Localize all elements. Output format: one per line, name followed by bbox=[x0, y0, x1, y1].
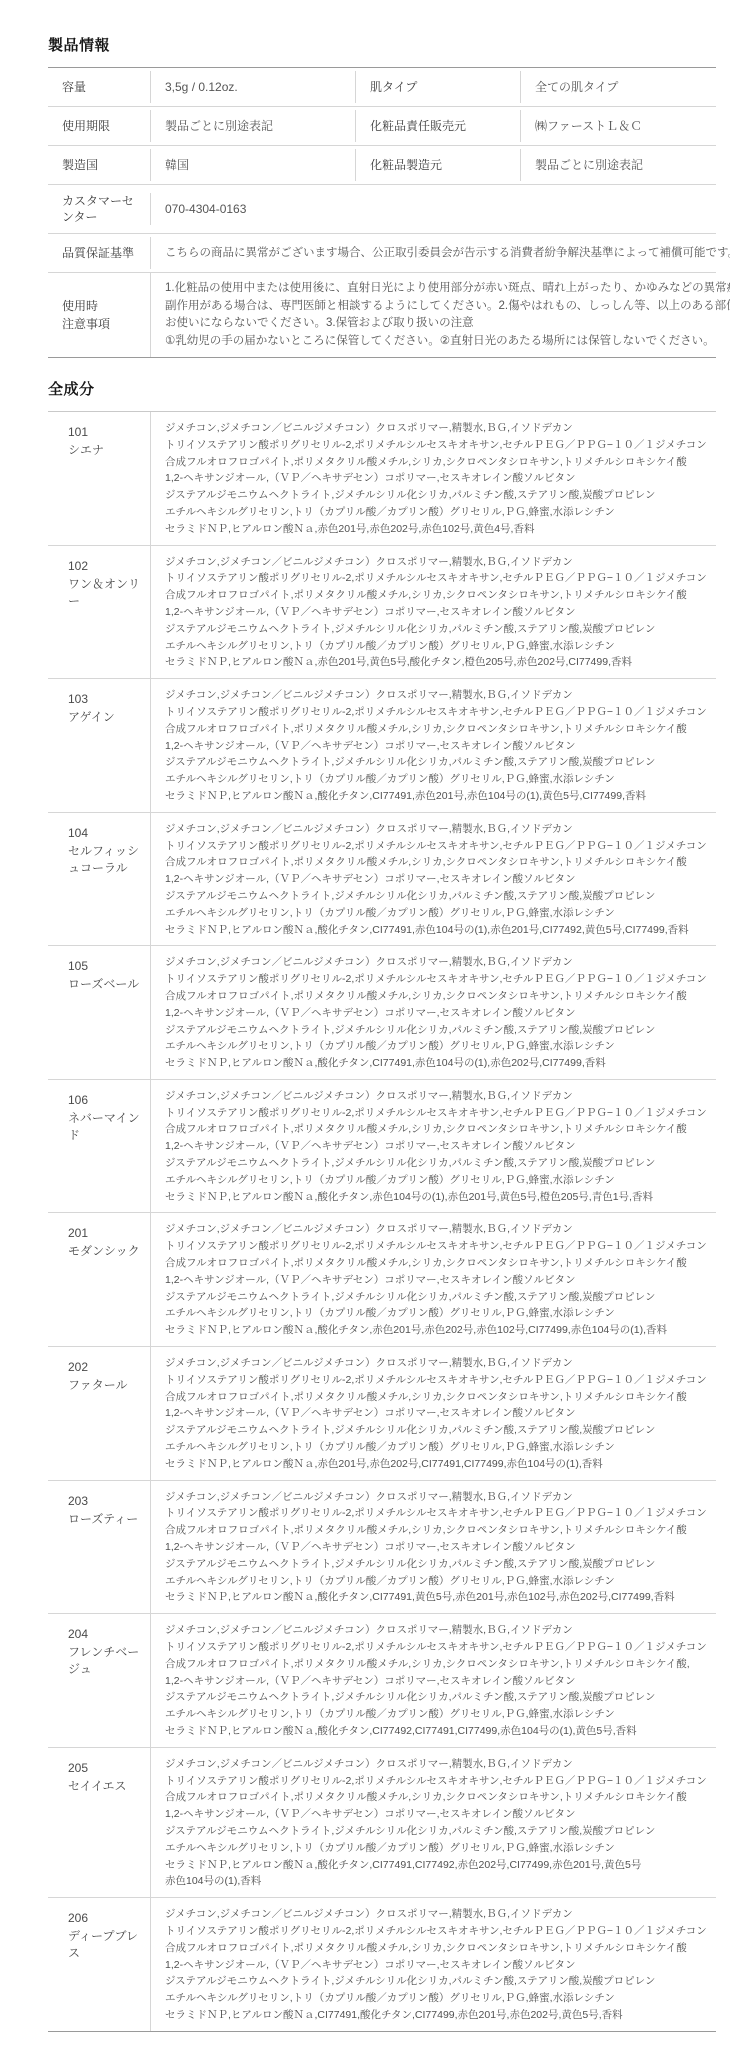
notes-label-line: 使用時 bbox=[62, 297, 140, 315]
info-row-quality: 品質保証基準 こちらの商品に異常がございます場合、公正取引委員会が告示する消費者… bbox=[48, 234, 716, 273]
ingredient-line: ジステアルジモニウムヘクトライト,ジメチルシリル化シリカ,パルミチン酸,ステアリ… bbox=[165, 888, 712, 905]
ingredient-line: セラミドＮＰ,ヒアルロン酸Ｎａ,赤色201号,赤色202号,赤色102号,黄色4… bbox=[165, 521, 712, 538]
ingredient-line: 赤色104号の(1),香料 bbox=[165, 1873, 712, 1890]
ingredient-shade-code: 206 bbox=[68, 1910, 142, 1927]
ingredient-line: トリイソステアリン酸ポリグリセリル-2,ポリメチルシルセスキオキサン,セチルＰＥ… bbox=[165, 437, 712, 454]
ingredient-shade-label: 104セルフィッシュコーラル bbox=[48, 813, 150, 946]
ingredient-line: ジステアルジモニウムヘクトライト,ジメチルシリル化シリカ,パルミチン酸,ステアリ… bbox=[165, 1422, 712, 1439]
ingredient-line: 合成フルオロフロゴパイト,ポリメタクリル酸メチル,シリカ,シクロペンタシロキサン… bbox=[165, 988, 712, 1005]
ingredient-line: ジステアルジモニウムヘクトライト,ジメチルシリル化シリカ,パルミチン酸,ステアリ… bbox=[165, 1289, 712, 1306]
ingredient-row: 102ワン＆オンリージメチコン,ジメチコン／ビニルジメチコン）クロスポリマー,精… bbox=[48, 546, 716, 680]
ingredient-line: ジステアルジモニウムヘクトライト,ジメチルシリル化シリカ,パルミチン酸,ステアリ… bbox=[165, 621, 712, 638]
info-label: 使用期限 bbox=[48, 110, 150, 142]
ingredient-shade-label: 204フレンチベージュ bbox=[48, 1614, 150, 1747]
ingredient-line: エチルヘキシルグリセリン,トリ（カプリル酸／カプリン酸）グリセリル,ＰＧ,蜂蜜,… bbox=[165, 1990, 712, 2007]
ingredient-line: 合成フルオロフロゴパイト,ポリメタクリル酸メチル,シリカ,シクロペンタシロキサン… bbox=[165, 1522, 712, 1539]
ingredient-shade-name: ファタール bbox=[68, 1377, 142, 1394]
ingredient-line: ジメチコン,ジメチコン／ビニルジメチコン）クロスポリマー,精製水,ＢＧ,イソドデ… bbox=[165, 1489, 712, 1506]
ingredient-line: エチルヘキシルグリセリン,トリ（カプリル酸／カプリン酸）グリセリル,ＰＧ,蜂蜜,… bbox=[165, 1706, 712, 1723]
ingredient-shade-code: 105 bbox=[68, 958, 142, 975]
quality-text: こちらの商品に異常がございます場合、公正取引委員会が告示する消費者紛争解決基準に… bbox=[150, 237, 730, 269]
info-value: 3,5g / 0.12oz. bbox=[150, 71, 355, 103]
ingredient-line: 1,2-ヘキサンジオール,（ＶＰ／ヘキサデセン）コポリマー,セスキオレイン酸ソル… bbox=[165, 1138, 712, 1155]
note-line: 1.化粧品の使用中または使用後に、直射日光により使用部分が赤い斑点、晴れ上がった… bbox=[165, 280, 730, 298]
ingredient-row: 205セイイエスジメチコン,ジメチコン／ビニルジメチコン）クロスポリマー,精製水… bbox=[48, 1748, 716, 1898]
note-line: ①乳幼児の手の届かないところに保管してください。②直射日光のあたる場所には保管し… bbox=[165, 333, 730, 351]
ingredient-line: エチルヘキシルグリセリン,トリ（カプリル酸／カプリン酸）グリセリル,ＰＧ,蜂蜜,… bbox=[165, 1439, 712, 1456]
ingredient-line: ジステアルジモニウムヘクトライト,ジメチルシリル化シリカ,パルミチン酸,ステアリ… bbox=[165, 1823, 712, 1840]
ingredient-line: 1,2-ヘキサンジオール,（ＶＰ／ヘキサデセン）コポリマー,セスキオレイン酸ソル… bbox=[165, 1539, 712, 1556]
ingredient-shade-name: アゲイン bbox=[68, 709, 142, 726]
ingredient-line: ジメチコン,ジメチコン／ビニルジメチコン）クロスポリマー,精製水,ＢＧ,イソドデ… bbox=[165, 1622, 712, 1639]
info-label: 肌タイプ bbox=[355, 71, 520, 103]
ingredient-line: 1,2-ヘキサンジオール,（ＶＰ／ヘキサデセン）コポリマー,セスキオレイン酸ソル… bbox=[165, 1673, 712, 1690]
ingredient-line: エチルヘキシルグリセリン,トリ（カプリル酸／カプリン酸）グリセリル,ＰＧ,蜂蜜,… bbox=[165, 1038, 712, 1055]
usage-notes-text: 1.化粧品の使用中または使用後に、直射日光により使用部分が赤い斑点、晴れ上がった… bbox=[150, 273, 730, 357]
ingredients-heading: 全成分 bbox=[48, 378, 716, 399]
info-row-usage-notes: 使用時 注意事項 1.化粧品の使用中または使用後に、直射日光により使用部分が赤い… bbox=[48, 273, 716, 357]
ingredient-line: セラミドＮＰ,ヒアルロン酸Ｎａ,CI77491,酸化チタン,CI77499,赤色… bbox=[165, 2007, 712, 2024]
ingredient-line: 合成フルオロフロゴパイト,ポリメタクリル酸メチル,シリカ,シクロペンタシロキサン… bbox=[165, 587, 712, 604]
ingredient-shade-label: 203ローズティー bbox=[48, 1481, 150, 1614]
product-detail-section: 製品情報 容量 3,5g / 0.12oz. 肌タイプ 全ての肌タイプ 使用期限… bbox=[0, 0, 730, 2056]
ingredient-shade-name: ネバーマインド bbox=[68, 1110, 142, 1144]
ingredient-line: ジメチコン,ジメチコン／ビニルジメチコン）クロスポリマー,精製水,ＢＧ,イソドデ… bbox=[165, 1221, 712, 1238]
ingredient-line: セラミドＮＰ,ヒアルロン酸Ｎａ,酸化チタン,CI77491,赤色104号の(1)… bbox=[165, 1055, 712, 1072]
ingredient-line: トリイソステアリン酸ポリグリセリル-2,ポリメチルシルセスキオキサン,セチルＰＥ… bbox=[165, 1372, 712, 1389]
info-label: 化粧品責任販売元 bbox=[355, 110, 520, 142]
ingredient-row: 105ローズベールジメチコン,ジメチコン／ビニルジメチコン）クロスポリマー,精製… bbox=[48, 946, 716, 1080]
ingredient-line: 合成フルオロフロゴパイト,ポリメタクリル酸メチル,シリカ,シクロペンタシロキサン… bbox=[165, 1656, 712, 1673]
ingredient-shade-label: 101シエナ bbox=[48, 412, 150, 545]
ingredient-line: トリイソステアリン酸ポリグリセリル-2,ポリメチルシルセスキオキサン,セチルＰＥ… bbox=[165, 1238, 712, 1255]
ingredient-row: 206ディープブレスジメチコン,ジメチコン／ビニルジメチコン）クロスポリマー,精… bbox=[48, 1898, 716, 2031]
ingredient-row: 103アゲインジメチコン,ジメチコン／ビニルジメチコン）クロスポリマー,精製水,… bbox=[48, 679, 716, 813]
ingredient-line: セラミドＮＰ,ヒアルロン酸Ｎａ,酸化チタン,CI77491,赤色104号の(1)… bbox=[165, 922, 712, 939]
ingredient-line: セラミドＮＰ,ヒアルロン酸Ｎａ,酸化チタン,CI77491,CI77492,赤色… bbox=[165, 1857, 712, 1874]
ingredient-line: トリイソステアリン酸ポリグリセリル-2,ポリメチルシルセスキオキサン,セチルＰＥ… bbox=[165, 1639, 712, 1656]
ingredient-shade-code: 201 bbox=[68, 1225, 142, 1242]
info-row-expiry: 使用期限 製品ごとに別途表記 化粧品責任販売元 ㈱ファーストＬ＆Ｃ bbox=[48, 107, 716, 146]
ingredient-line: エチルヘキシルグリセリン,トリ（カプリル酸／カプリン酸）グリセリル,ＰＧ,蜂蜜,… bbox=[165, 1305, 712, 1322]
ingredient-shade-code: 104 bbox=[68, 825, 142, 842]
ingredient-line: トリイソステアリン酸ポリグリセリル-2,ポリメチルシルセスキオキサン,セチルＰＥ… bbox=[165, 1505, 712, 1522]
note-line: 副作用がある場合は、専門医師と相談するようにしてください。2.傷やはれもの、しっ… bbox=[165, 298, 730, 316]
ingredients-table: 101シエナジメチコン,ジメチコン／ビニルジメチコン）クロスポリマー,精製水,Ｂ… bbox=[48, 411, 716, 2032]
ingredient-line: 1,2-ヘキサンジオール,（ＶＰ／ヘキサデセン）コポリマー,セスキオレイン酸ソル… bbox=[165, 871, 712, 888]
ingredient-list: ジメチコン,ジメチコン／ビニルジメチコン）クロスポリマー,精製水,ＢＧ,イソドデ… bbox=[150, 813, 716, 946]
product-info-table: 容量 3,5g / 0.12oz. 肌タイプ 全ての肌タイプ 使用期限 製品ごと… bbox=[48, 67, 716, 358]
info-value: 製品ごとに別途表記 bbox=[150, 110, 355, 142]
ingredient-shade-name: セルフィッシュコーラル bbox=[68, 843, 142, 877]
ingredient-line: トリイソステアリン酸ポリグリセリル-2,ポリメチルシルセスキオキサン,セチルＰＥ… bbox=[165, 971, 712, 988]
ingredient-shade-name: ローズティー bbox=[68, 1511, 142, 1528]
ingredient-shade-label: 105ローズベール bbox=[48, 946, 150, 1079]
ingredient-shade-code: 203 bbox=[68, 1493, 142, 1510]
ingredient-line: トリイソステアリン酸ポリグリセリル-2,ポリメチルシルセスキオキサン,セチルＰＥ… bbox=[165, 1105, 712, 1122]
info-label: カスタマーセンター bbox=[48, 185, 150, 233]
ingredient-line: ジステアルジモニウムヘクトライト,ジメチルシリル化シリカ,パルミチン酸,ステアリ… bbox=[165, 1556, 712, 1573]
ingredient-shade-name: ワン＆オンリー bbox=[68, 576, 142, 610]
ingredient-line: ジメチコン,ジメチコン／ビニルジメチコン）クロスポリマー,精製水,ＢＧ,イソドデ… bbox=[165, 420, 712, 437]
ingredient-line: 合成フルオロフロゴパイト,ポリメタクリル酸メチル,シリカ,シクロペンタシロキサン… bbox=[165, 1789, 712, 1806]
ingredient-line: ジメチコン,ジメチコン／ビニルジメチコン）クロスポリマー,精製水,ＢＧ,イソドデ… bbox=[165, 554, 712, 571]
ingredient-shade-label: 106ネバーマインド bbox=[48, 1080, 150, 1213]
ingredient-line: ジステアルジモニウムヘクトライト,ジメチルシリル化シリカ,パルミチン酸,ステアリ… bbox=[165, 1155, 712, 1172]
info-row-capacity: 容量 3,5g / 0.12oz. 肌タイプ 全ての肌タイプ bbox=[48, 68, 716, 107]
ingredient-line: 1,2-ヘキサンジオール,（ＶＰ／ヘキサデセン）コポリマー,セスキオレイン酸ソル… bbox=[165, 604, 712, 621]
ingredient-line: エチルヘキシルグリセリン,トリ（カプリル酸／カプリン酸）グリセリル,ＰＧ,蜂蜜,… bbox=[165, 1840, 712, 1857]
ingredient-list: ジメチコン,ジメチコン／ビニルジメチコン）クロスポリマー,精製水,ＢＧ,イソドデ… bbox=[150, 1213, 716, 1346]
note-line: お使いにならないでください。3.保管および取り扱いの注意 bbox=[165, 315, 730, 333]
ingredient-shade-name: シエナ bbox=[68, 442, 142, 459]
ingredient-line: ジメチコン,ジメチコン／ビニルジメチコン）クロスポリマー,精製水,ＢＧ,イソドデ… bbox=[165, 1906, 712, 1923]
ingredient-shade-label: 206ディープブレス bbox=[48, 1898, 150, 2031]
ingredient-row: 104セルフィッシュコーラルジメチコン,ジメチコン／ビニルジメチコン）クロスポリ… bbox=[48, 813, 716, 947]
ingredient-line: セラミドＮＰ,ヒアルロン酸Ｎａ,酸化チタン,CI77491,赤色201号,赤色1… bbox=[165, 788, 712, 805]
ingredient-list: ジメチコン,ジメチコン／ビニルジメチコン）クロスポリマー,精製水,ＢＧ,イソドデ… bbox=[150, 1898, 716, 2031]
info-value: 製品ごとに別途表記 bbox=[520, 149, 716, 181]
info-value: 全ての肌タイプ bbox=[520, 71, 716, 103]
ingredient-line: 1,2-ヘキサンジオール,（ＶＰ／ヘキサデセン）コポリマー,セスキオレイン酸ソル… bbox=[165, 738, 712, 755]
ingredient-line: 合成フルオロフロゴパイト,ポリメタクリル酸メチル,シリカ,シクロペンタシロキサン… bbox=[165, 721, 712, 738]
ingredient-row: 202ファタールジメチコン,ジメチコン／ビニルジメチコン）クロスポリマー,精製水… bbox=[48, 1347, 716, 1481]
ingredient-line: トリイソステアリン酸ポリグリセリル-2,ポリメチルシルセスキオキサン,セチルＰＥ… bbox=[165, 1923, 712, 1940]
ingredient-row: 204フレンチベージュジメチコン,ジメチコン／ビニルジメチコン）クロスポリマー,… bbox=[48, 1614, 716, 1748]
ingredient-line: エチルヘキシルグリセリン,トリ（カプリル酸／カプリン酸）グリセリル,ＰＧ,蜂蜜,… bbox=[165, 771, 712, 788]
ingredient-row: 203ローズティージメチコン,ジメチコン／ビニルジメチコン）クロスポリマー,精製… bbox=[48, 1481, 716, 1615]
ingredient-shade-name: モダンシック bbox=[68, 1243, 142, 1260]
ingredient-list: ジメチコン,ジメチコン／ビニルジメチコン）クロスポリマー,精製水,ＢＧ,イソドデ… bbox=[150, 1748, 716, 1897]
ingredient-line: 1,2-ヘキサンジオール,（ＶＰ／ヘキサデセン）コポリマー,セスキオレイン酸ソル… bbox=[165, 1405, 712, 1422]
info-row-country: 製造国 韓国 化粧品製造元 製品ごとに別途表記 bbox=[48, 146, 716, 185]
ingredient-line: 1,2-ヘキサンジオール,（ＶＰ／ヘキサデセン）コポリマー,セスキオレイン酸ソル… bbox=[165, 1005, 712, 1022]
ingredient-shade-label: 202ファタール bbox=[48, 1347, 150, 1480]
ingredient-shade-code: 103 bbox=[68, 691, 142, 708]
ingredient-shade-label: 102ワン＆オンリー bbox=[48, 546, 150, 679]
ingredient-list: ジメチコン,ジメチコン／ビニルジメチコン）クロスポリマー,精製水,ＢＧ,イソドデ… bbox=[150, 412, 716, 545]
ingredient-line: トリイソステアリン酸ポリグリセリル-2,ポリメチルシルセスキオキサン,セチルＰＥ… bbox=[165, 838, 712, 855]
ingredient-line: ジステアルジモニウムヘクトライト,ジメチルシリル化シリカ,パルミチン酸,ステアリ… bbox=[165, 754, 712, 771]
ingredient-line: エチルヘキシルグリセリン,トリ（カプリル酸／カプリン酸）グリセリル,ＰＧ,蜂蜜,… bbox=[165, 504, 712, 521]
ingredient-line: ジメチコン,ジメチコン／ビニルジメチコン）クロスポリマー,精製水,ＢＧ,イソドデ… bbox=[165, 1756, 712, 1773]
ingredient-line: セラミドＮＰ,ヒアルロン酸Ｎａ,酸化チタン,CI77492,CI77491,CI… bbox=[165, 1723, 712, 1740]
ingredient-line: トリイソステアリン酸ポリグリセリル-2,ポリメチルシルセスキオキサン,セチルＰＥ… bbox=[165, 704, 712, 721]
info-value: 韓国 bbox=[150, 149, 355, 181]
ingredient-line: セラミドＮＰ,ヒアルロン酸Ｎａ,赤色201号,黄色5号,酸化チタン,橙色205号… bbox=[165, 654, 712, 671]
ingredient-line: 1,2-ヘキサンジオール,（ＶＰ／ヘキサデセン）コポリマー,セスキオレイン酸ソル… bbox=[165, 470, 712, 487]
ingredient-shade-label: 205セイイエス bbox=[48, 1748, 150, 1897]
ingredient-line: エチルヘキシルグリセリン,トリ（カプリル酸／カプリン酸）グリセリル,ＰＧ,蜂蜜,… bbox=[165, 1573, 712, 1590]
customer-center-phone: 070-4304-0163 bbox=[150, 193, 716, 225]
ingredient-shade-label: 201モダンシック bbox=[48, 1213, 150, 1346]
ingredient-line: ジステアルジモニウムヘクトライト,ジメチルシリル化シリカ,パルミチン酸,ステアリ… bbox=[165, 1022, 712, 1039]
ingredient-line: 合成フルオロフロゴパイト,ポリメタクリル酸メチル,シリカ,シクロペンタシロキサン… bbox=[165, 1940, 712, 1957]
ingredient-shade-name: セイイエス bbox=[68, 1778, 142, 1795]
info-value: ㈱ファーストＬ＆Ｃ bbox=[520, 110, 716, 142]
ingredient-line: 合成フルオロフロゴパイト,ポリメタクリル酸メチル,シリカ,シクロペンタシロキサン… bbox=[165, 1255, 712, 1272]
info-label: 容量 bbox=[48, 71, 150, 103]
notes-label-line: 注意事項 bbox=[62, 315, 140, 333]
ingredient-line: トリイソステアリン酸ポリグリセリル-2,ポリメチルシルセスキオキサン,セチルＰＥ… bbox=[165, 570, 712, 587]
ingredient-row: 101シエナジメチコン,ジメチコン／ビニルジメチコン）クロスポリマー,精製水,Ｂ… bbox=[48, 412, 716, 546]
ingredient-list: ジメチコン,ジメチコン／ビニルジメチコン）クロスポリマー,精製水,ＢＧ,イソドデ… bbox=[150, 1614, 716, 1747]
ingredient-shade-code: 202 bbox=[68, 1359, 142, 1376]
ingredient-line: ジメチコン,ジメチコン／ビニルジメチコン）クロスポリマー,精製水,ＢＧ,イソドデ… bbox=[165, 821, 712, 838]
ingredient-line: セラミドＮＰ,ヒアルロン酸Ｎａ,酸化チタン,CI77491,黄色5号,赤色201… bbox=[165, 1589, 712, 1606]
ingredient-line: セラミドＮＰ,ヒアルロン酸Ｎａ,酸化チタン,赤色201号,赤色202号,赤色10… bbox=[165, 1322, 712, 1339]
ingredient-line: エチルヘキシルグリセリン,トリ（カプリル酸／カプリン酸）グリセリル,ＰＧ,蜂蜜,… bbox=[165, 1172, 712, 1189]
ingredient-list: ジメチコン,ジメチコン／ビニルジメチコン）クロスポリマー,精製水,ＢＧ,イソドデ… bbox=[150, 1481, 716, 1614]
ingredient-list: ジメチコン,ジメチコン／ビニルジメチコン）クロスポリマー,精製水,ＢＧ,イソドデ… bbox=[150, 1080, 716, 1213]
ingredient-shade-code: 101 bbox=[68, 424, 142, 441]
info-label: 化粧品製造元 bbox=[355, 149, 520, 181]
info-label: 使用時 注意事項 bbox=[48, 289, 150, 341]
ingredient-list: ジメチコン,ジメチコン／ビニルジメチコン）クロスポリマー,精製水,ＢＧ,イソドデ… bbox=[150, 679, 716, 812]
ingredient-line: 合成フルオロフロゴパイト,ポリメタクリル酸メチル,シリカ,シクロペンタシロキサン… bbox=[165, 1121, 712, 1138]
product-info-heading: 製品情報 bbox=[48, 34, 716, 55]
ingredient-row: 106ネバーマインドジメチコン,ジメチコン／ビニルジメチコン）クロスポリマー,精… bbox=[48, 1080, 716, 1214]
ingredient-line: セラミドＮＰ,ヒアルロン酸Ｎａ,赤色201号,赤色202号,CI77491,CI… bbox=[165, 1456, 712, 1473]
ingredient-shade-name: フレンチベージュ bbox=[68, 1644, 142, 1678]
ingredient-line: 合成フルオロフロゴパイト,ポリメタクリル酸メチル,シリカ,シクロペンタシロキサン… bbox=[165, 1389, 712, 1406]
ingredient-line: 合成フルオロフロゴパイト,ポリメタクリル酸メチル,シリカ,シクロペンタシロキサン… bbox=[165, 854, 712, 871]
ingredient-list: ジメチコン,ジメチコン／ビニルジメチコン）クロスポリマー,精製水,ＢＧ,イソドデ… bbox=[150, 546, 716, 679]
ingredient-line: ジメチコン,ジメチコン／ビニルジメチコン）クロスポリマー,精製水,ＢＧ,イソドデ… bbox=[165, 954, 712, 971]
ingredient-shade-name: ディープブレス bbox=[68, 1928, 142, 1962]
ingredient-row: 201モダンシックジメチコン,ジメチコン／ビニルジメチコン）クロスポリマー,精製… bbox=[48, 1213, 716, 1347]
ingredient-list: ジメチコン,ジメチコン／ビニルジメチコン）クロスポリマー,精製水,ＢＧ,イソドデ… bbox=[150, 1347, 716, 1480]
ingredient-line: 1,2-ヘキサンジオール,（ＶＰ／ヘキサデセン）コポリマー,セスキオレイン酸ソル… bbox=[165, 1806, 712, 1823]
ingredient-shade-code: 106 bbox=[68, 1092, 142, 1109]
info-label: 製造国 bbox=[48, 149, 150, 181]
ingredient-line: ジステアルジモニウムヘクトライト,ジメチルシリル化シリカ,パルミチン酸,ステアリ… bbox=[165, 1973, 712, 1990]
ingredient-line: ジステアルジモニウムヘクトライト,ジメチルシリル化シリカ,パルミチン酸,ステアリ… bbox=[165, 1689, 712, 1706]
ingredient-line: セラミドＮＰ,ヒアルロン酸Ｎａ,酸化チタン,赤色104号の(1),赤色201号,… bbox=[165, 1189, 712, 1206]
ingredient-line: 合成フルオロフロゴパイト,ポリメタクリル酸メチル,シリカ,シクロペンタシロキサン… bbox=[165, 454, 712, 471]
ingredient-shade-code: 205 bbox=[68, 1760, 142, 1777]
ingredient-shade-name: ローズベール bbox=[68, 976, 142, 993]
ingredient-line: トリイソステアリン酸ポリグリセリル-2,ポリメチルシルセスキオキサン,セチルＰＥ… bbox=[165, 1773, 712, 1790]
ingredient-line: 1,2-ヘキサンジオール,（ＶＰ／ヘキサデセン）コポリマー,セスキオレイン酸ソル… bbox=[165, 1272, 712, 1289]
info-label: 品質保証基準 bbox=[48, 237, 150, 269]
ingredient-line: ジメチコン,ジメチコン／ビニルジメチコン）クロスポリマー,精製水,ＢＧ,イソドデ… bbox=[165, 1355, 712, 1372]
ingredient-line: ジメチコン,ジメチコン／ビニルジメチコン）クロスポリマー,精製水,ＢＧ,イソドデ… bbox=[165, 1088, 712, 1105]
ingredient-line: ジステアルジモニウムヘクトライト,ジメチルシリル化シリカ,パルミチン酸,ステアリ… bbox=[165, 487, 712, 504]
ingredient-list: ジメチコン,ジメチコン／ビニルジメチコン）クロスポリマー,精製水,ＢＧ,イソドデ… bbox=[150, 946, 716, 1079]
ingredient-shade-code: 204 bbox=[68, 1626, 142, 1643]
info-row-customer-center: カスタマーセンター 070-4304-0163 bbox=[48, 185, 716, 234]
ingredient-line: 1,2-ヘキサンジオール,（ＶＰ／ヘキサデセン）コポリマー,セスキオレイン酸ソル… bbox=[165, 1957, 712, 1974]
ingredient-shade-code: 102 bbox=[68, 558, 142, 575]
ingredient-line: エチルヘキシルグリセリン,トリ（カプリル酸／カプリン酸）グリセリル,ＰＧ,蜂蜜,… bbox=[165, 638, 712, 655]
ingredient-line: ジメチコン,ジメチコン／ビニルジメチコン）クロスポリマー,精製水,ＢＧ,イソドデ… bbox=[165, 687, 712, 704]
ingredient-line: エチルヘキシルグリセリン,トリ（カプリル酸／カプリン酸）グリセリル,ＰＧ,蜂蜜,… bbox=[165, 905, 712, 922]
ingredient-shade-label: 103アゲイン bbox=[48, 679, 150, 812]
